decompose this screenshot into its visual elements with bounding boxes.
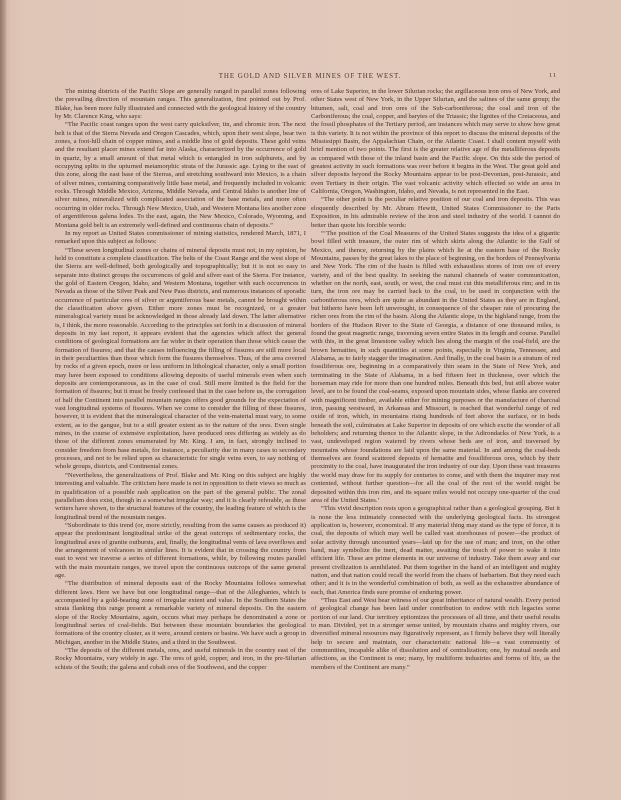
paragraph: “Subordinate to this trend (or, more str… (55, 522, 306, 580)
right-column: ores of Lake Superior, in the lower Silu… (311, 88, 560, 672)
running-head-title: THE GOLD AND SILVER MINES OF THE WEST. (210, 72, 410, 80)
page-number: 11 (549, 72, 557, 79)
book-spine-shadow (0, 0, 6, 800)
paragraph: “The Pacific coast ranges upon the west … (55, 121, 306, 229)
paragraph: “The other point is the peculiar relativ… (311, 196, 560, 229)
paragraph: In my report as United States commission… (55, 230, 306, 247)
paragraph-continued: ores of Lake Superior, in the lower Silu… (311, 88, 560, 196)
paragraph: “Nevertheless, the generalizations of Pr… (55, 472, 306, 522)
paragraph: “The deposits of the different metals, o… (55, 647, 306, 672)
paragraph: “The distribution of mineral deposits ea… (55, 580, 306, 647)
paragraph: “Thus East and West bear witness of our … (311, 597, 560, 672)
paragraph: “‘The position of the Coal Measures of t… (311, 230, 560, 505)
paragraph: The mining districts of the Pacific Slop… (55, 88, 306, 121)
paragraph: “This vivid description rests upon a geo… (311, 505, 560, 597)
left-column: The mining districts of the Pacific Slop… (55, 88, 306, 672)
paragraph: “These seven longitudinal zones or chain… (55, 247, 306, 472)
